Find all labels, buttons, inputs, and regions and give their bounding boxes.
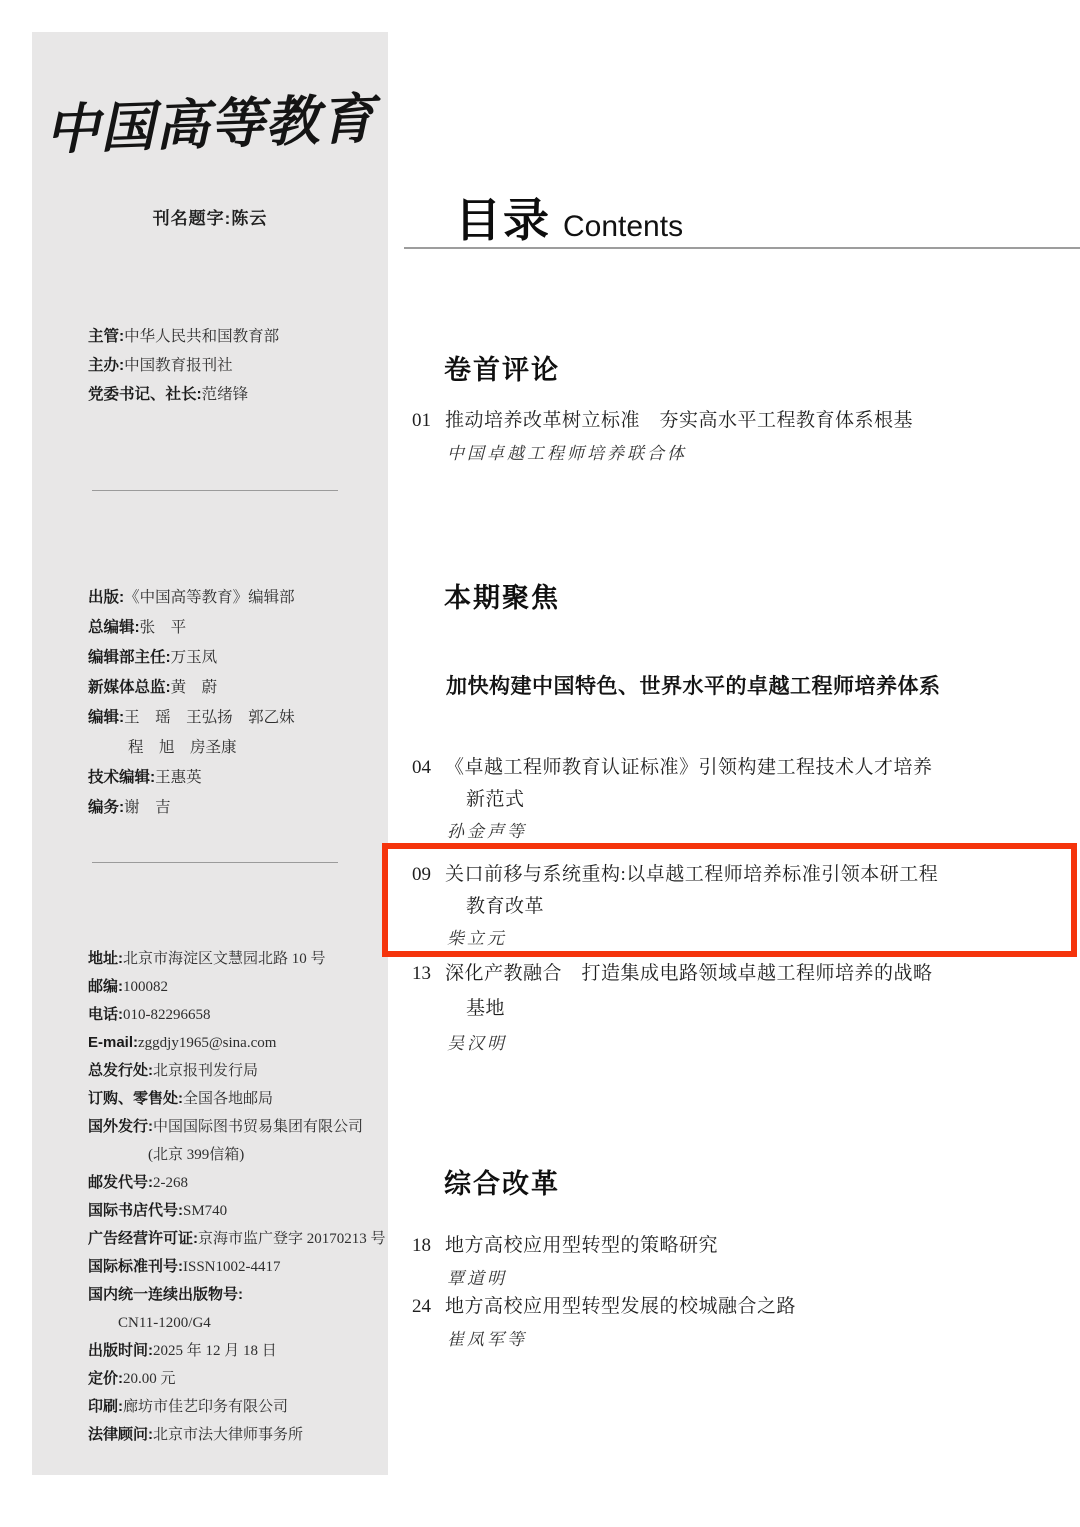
info-label: 出版时间: <box>88 1342 153 1359</box>
info-label: 电话: <box>88 1006 123 1023</box>
logo-caption: 刊名题字:陈云 <box>32 204 388 229</box>
article-page-number: 09 <box>412 859 445 891</box>
info-row: 编辑部主任:万玉凤 <box>88 643 374 673</box>
section-heading-issue-focus: 本期聚焦 <box>444 576 560 615</box>
article-page-number: 01 <box>412 404 445 437</box>
info-value: 全国各地邮局 <box>183 1091 273 1107</box>
info-label: 技术编辑: <box>88 769 155 786</box>
info-row: 订购、零售处:全国各地邮局 <box>88 1085 374 1113</box>
info-value: CN11-1200/G4 <box>118 1315 211 1331</box>
info-value: 张 平 <box>140 619 187 636</box>
info-row: 邮发代号:2-268 <box>88 1169 374 1197</box>
info-value: 北京市法大律师事务所 <box>153 1427 303 1443</box>
info-value: 北京报刊发行局 <box>153 1063 258 1079</box>
info-row: 印刷:廊坊市佳艺印务有限公司 <box>88 1393 374 1421</box>
info-value: 王惠英 <box>155 769 202 786</box>
article-title: 地方高校应用型转型发展的校城融合之路 <box>445 1296 796 1317</box>
info-label: 编务: <box>88 799 124 816</box>
info-value: zggdjy1965@sina.com <box>138 1035 276 1051</box>
focus-subtitle: 加快构建中国特色、世界水平的卓越工程师培养体系 <box>446 670 941 700</box>
supervisor-info-block: 主管:中华人民共和国教育部 主办:中国教育报刊社 党委书记、社长:范绪锋 <box>88 322 374 409</box>
info-label: 总编辑: <box>88 619 140 636</box>
info-row: 广告经营许可证:京海市监广登字 20170213 号 <box>88 1225 374 1253</box>
info-row: 国外发行:中国国际图书贸易集团有限公司 <box>88 1113 374 1141</box>
article-entry: 18 地方高校应用型转型的策略研究 覃道明 <box>412 1229 718 1295</box>
info-label: 印刷: <box>88 1398 123 1415</box>
info-row: 编辑:王 瑶 王弘扬 郭乙妹 <box>88 703 374 733</box>
info-value: 《中国高等教育》编辑部 <box>124 589 295 606</box>
info-label: 国外发行: <box>88 1118 153 1135</box>
info-row: 定价:20.00 元 <box>88 1365 374 1393</box>
info-label: 主办: <box>88 357 124 374</box>
info-value: 京海市监广登字 20170213 号 <box>198 1231 386 1247</box>
section-heading-comprehensive-reform: 综合改革 <box>444 1162 560 1201</box>
info-value: 中华人民共和国教育部 <box>124 328 279 345</box>
article-title-line2: 基地 <box>445 991 933 1026</box>
info-value: (北京 399信箱) <box>148 1147 244 1163</box>
publication-details-block: 地址:北京市海淀区文慧园北路 10 号 邮编:100082 电话:010-822… <box>88 945 374 1449</box>
info-row: 出版:《中国高等教育》编辑部 <box>88 583 374 613</box>
article-entry-highlighted: 09 关口前移与系统重构:以卓越工程师培养标准引领本研工程 教育改革 柴立元 <box>388 849 938 955</box>
info-value: SM740 <box>183 1203 227 1219</box>
info-value: 中国教育报刊社 <box>124 357 233 374</box>
sidebar-divider <box>92 862 338 863</box>
info-label: 订购、零售处: <box>88 1090 183 1107</box>
table-of-contents: 目录Contents 卷首评论 01 推动培养改革树立标准 夯实高水平工程教育体… <box>412 0 1080 1527</box>
info-row-continuation: (北京 399信箱) <box>88 1141 374 1169</box>
info-row: 新媒体总监:黄 蔚 <box>88 673 374 703</box>
info-label: 编辑: <box>88 709 124 726</box>
info-label: 出版: <box>88 589 124 606</box>
info-row: 党委书记、社长:范绪锋 <box>88 380 374 409</box>
info-row: 邮编:100082 <box>88 973 374 1001</box>
info-label: 地址: <box>88 950 123 967</box>
magazine-info-panel: 中国高等教育 刊名题字:陈云 主管:中华人民共和国教育部 主办:中国教育报刊社 … <box>32 32 388 1475</box>
info-value: ISSN1002-4417 <box>183 1259 281 1275</box>
info-row: 出版时间:2025 年 12 月 18 日 <box>88 1337 374 1365</box>
info-row-continuation: CN11-1200/G4 <box>88 1309 374 1337</box>
article-page-number: 13 <box>412 956 445 991</box>
info-row: 国际标准刊号:ISSN1002-4417 <box>88 1253 374 1281</box>
info-value: 2-268 <box>153 1175 188 1191</box>
info-row: 电话:010-82296658 <box>88 1001 374 1029</box>
toc-header-rule <box>404 247 1080 249</box>
toc-title-en: Contents <box>563 210 683 243</box>
article-entry: 01 推动培养改革树立标准 夯实高水平工程教育体系根基 中国卓越工程师培养联合体 <box>412 404 913 470</box>
info-value: 程 旭 房圣康 <box>128 739 237 756</box>
article-author: 中国卓越工程师培养联合体 <box>445 444 687 463</box>
info-value: 王 瑶 王弘扬 郭乙妹 <box>124 709 295 726</box>
article-title: 关口前移与系统重构:以卓越工程师培养标准引领本研工程 <box>445 864 938 885</box>
info-value: 北京市海淀区文慧园北路 10 号 <box>123 951 326 967</box>
info-row: 总发行处:北京报刊发行局 <box>88 1057 374 1085</box>
article-page-number: 24 <box>412 1290 445 1323</box>
toc-header: 目录Contents <box>455 184 683 250</box>
article-title: 《卓越工程师教育认证标准》引领构建工程技术人才培养 <box>445 757 933 778</box>
info-value: 中国国际图书贸易集团有限公司 <box>153 1119 363 1135</box>
section-heading-opening-commentary: 卷首评论 <box>444 348 560 387</box>
info-value: 黄 蔚 <box>171 679 218 696</box>
info-row: 国内统一连续出版物号: <box>88 1281 374 1309</box>
info-row: 主管:中华人民共和国教育部 <box>88 322 374 351</box>
info-row: 技术编辑:王惠英 <box>88 763 374 793</box>
sidebar-divider <box>92 490 338 491</box>
article-entry: 04 《卓越工程师教育认证标准》引领构建工程技术人才培养 新范式 孙金声等 <box>412 752 933 848</box>
info-row: E-mail:zggdjy1965@sina.com <box>88 1029 374 1057</box>
magazine-logo: 中国高等教育 <box>31 76 389 165</box>
article-title: 深化产教融合 打造集成电路领域卓越工程师培养的战略 <box>445 963 933 984</box>
info-label: 广告经营许可证: <box>88 1230 198 1247</box>
article-title: 地方高校应用型转型的策略研究 <box>445 1235 718 1256</box>
info-label: 编辑部主任: <box>88 649 171 666</box>
info-label: 邮发代号: <box>88 1174 153 1191</box>
article-page-number: 18 <box>412 1229 445 1262</box>
info-label: 主管: <box>88 328 124 345</box>
article-page-number: 04 <box>412 752 445 784</box>
info-value: 20.00 元 <box>123 1371 176 1387</box>
info-value: 万玉凤 <box>171 649 218 666</box>
info-value: 2025 年 12 月 18 日 <box>153 1343 277 1359</box>
highlight-box: 09 关口前移与系统重构:以卓越工程师培养标准引领本研工程 教育改革 柴立元 <box>382 843 1077 957</box>
info-label: 国际标准刊号: <box>88 1258 183 1275</box>
info-value: 100082 <box>123 979 168 995</box>
article-title: 推动培养改革树立标准 夯实高水平工程教育体系根基 <box>445 410 913 431</box>
info-label: 定价: <box>88 1370 123 1387</box>
article-author: 孙金声等 <box>445 822 527 841</box>
info-label: 邮编: <box>88 978 123 995</box>
article-entry: 24 地方高校应用型转型发展的校城融合之路 崔凤军等 <box>412 1290 796 1356</box>
info-label: 法律顾问: <box>88 1426 153 1443</box>
info-value: 010-82296658 <box>123 1007 211 1023</box>
info-label: 国内统一连续出版物号: <box>88 1286 243 1303</box>
article-author: 柴立元 <box>445 929 507 948</box>
article-author: 吴汉明 <box>445 1034 507 1053</box>
info-value: 范绪锋 <box>202 386 249 403</box>
info-label: 新媒体总监: <box>88 679 171 696</box>
info-row: 总编辑:张 平 <box>88 613 374 643</box>
info-row-continuation: 程 旭 房圣康 <box>88 733 374 763</box>
info-label: 党委书记、社长: <box>88 386 202 403</box>
info-row: 编务:谢 吉 <box>88 793 374 823</box>
article-author: 覃道明 <box>445 1269 507 1288</box>
info-label: 总发行处: <box>88 1062 153 1079</box>
article-title-line2: 新范式 <box>445 784 933 816</box>
article-entry: 13 深化产教融合 打造集成电路领域卓越工程师培养的战略 基地 吴汉明 <box>412 956 933 1061</box>
info-value: 谢 吉 <box>124 799 171 816</box>
info-row: 国际书店代号:SM740 <box>88 1197 374 1225</box>
editorial-staff-block: 出版:《中国高等教育》编辑部 总编辑:张 平 编辑部主任:万玉凤 新媒体总监:黄… <box>88 583 374 823</box>
info-label: 国际书店代号: <box>88 1202 183 1219</box>
article-title-line2: 教育改革 <box>445 891 938 923</box>
info-row: 法律顾问:北京市法大律师事务所 <box>88 1421 374 1449</box>
info-value: 廊坊市佳艺印务有限公司 <box>123 1399 288 1415</box>
article-author: 崔凤军等 <box>445 1330 527 1349</box>
info-row: 地址:北京市海淀区文慧园北路 10 号 <box>88 945 374 973</box>
info-row: 主办:中国教育报刊社 <box>88 351 374 380</box>
info-label: E-mail: <box>88 1034 138 1051</box>
toc-title-zh: 目录 <box>455 194 551 246</box>
